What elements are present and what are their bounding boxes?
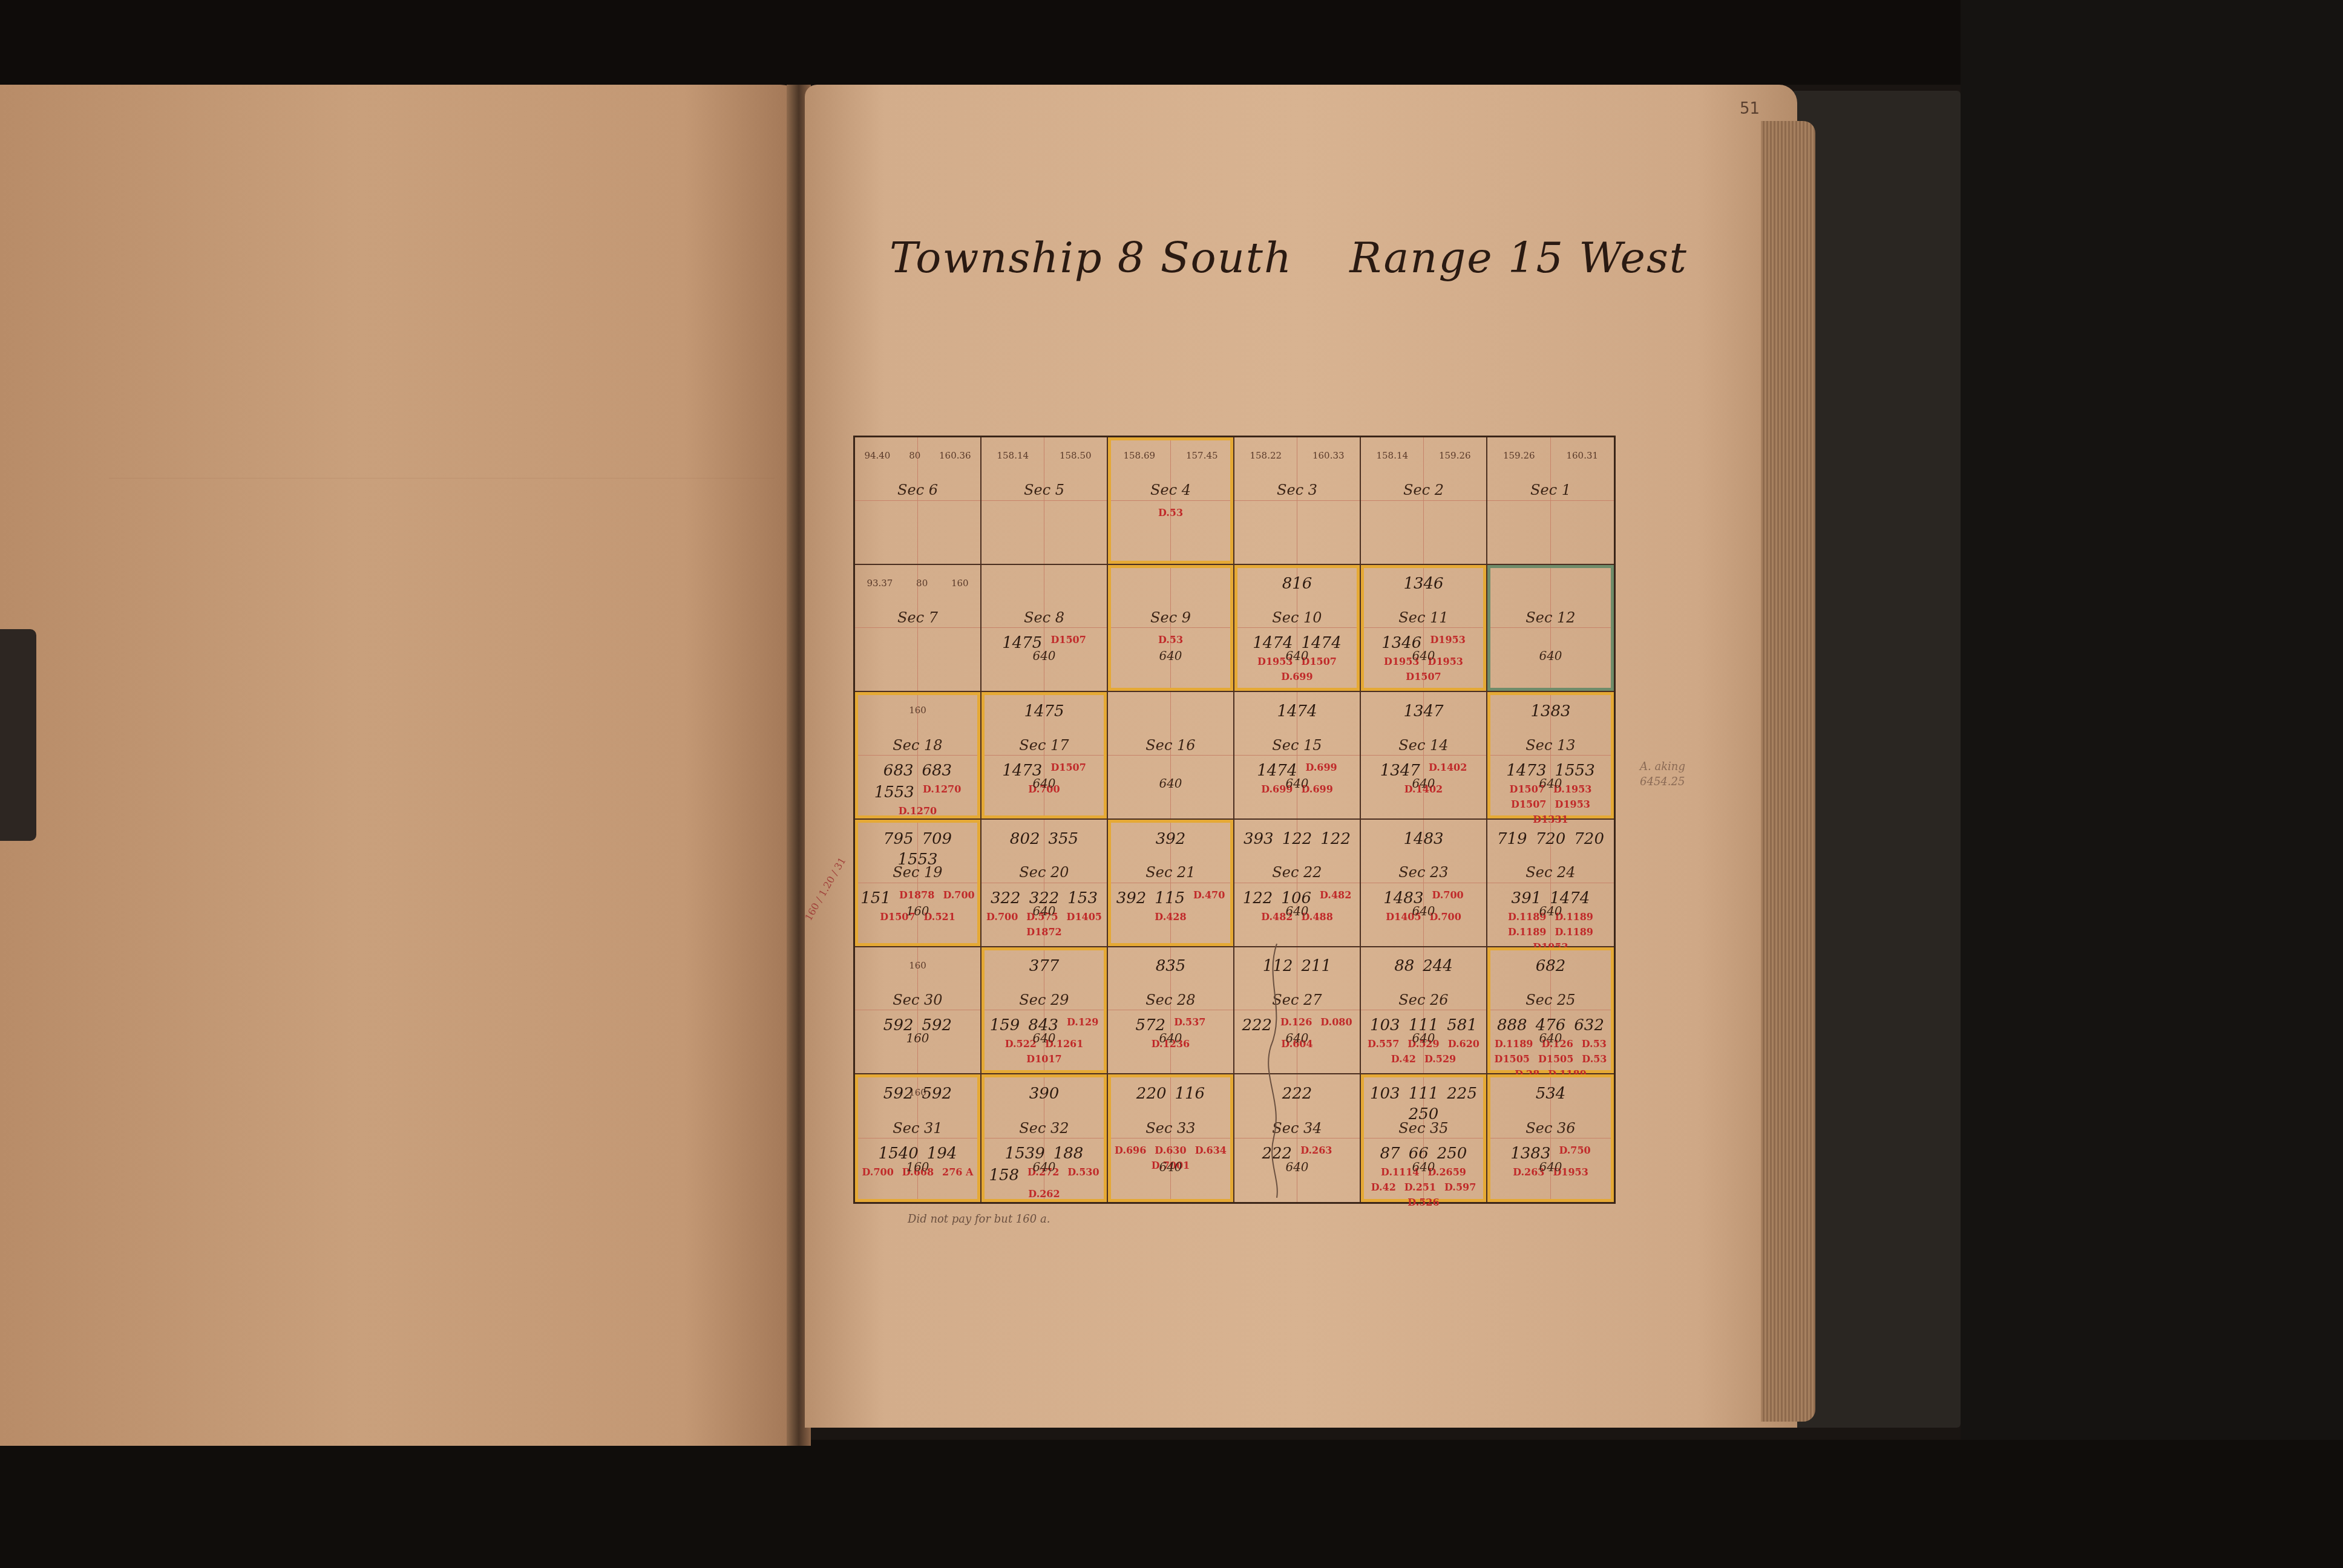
section-acreage: 160 — [855, 1160, 980, 1174]
entry-number: 816 — [1282, 575, 1312, 593]
entry-number: 709 — [922, 830, 952, 848]
entry-number: 225 — [1447, 1085, 1477, 1103]
entry-number: 1474 — [1277, 702, 1317, 720]
entries-top: 682 — [1492, 957, 1609, 975]
section-16: Sec 16640 — [1108, 692, 1234, 820]
left-page — [0, 85, 805, 1446]
entries-top: 835 — [1113, 957, 1228, 975]
section-10: 816Sec 1014741474D1953D1507D.699640 — [1234, 565, 1361, 693]
section-label: Sec 25 — [1525, 991, 1575, 1008]
entry-number: 1553 — [874, 783, 914, 802]
deed-reference: D1505 — [1538, 1053, 1573, 1065]
deed-reference: D.428 — [1155, 911, 1186, 923]
backdrop-bottom — [0, 1440, 2343, 1568]
title-range: Range 15 West — [1349, 233, 1688, 283]
acreage-value: 93.37 — [867, 578, 893, 589]
acreage-value: 158.22 — [1250, 450, 1282, 461]
section-acreage: 160 — [855, 904, 980, 918]
section-label: Sec 6 — [897, 482, 938, 499]
section-acreage: 640 — [1234, 1031, 1360, 1045]
section-label: Sec 36 — [1525, 1120, 1575, 1137]
section-label: Sec 10 — [1272, 609, 1322, 626]
section-21: 392Sec 21392115D.470D.428 — [1108, 820, 1234, 947]
section-acreage: 640 — [981, 648, 1107, 663]
section-label: Sec 7 — [897, 609, 938, 626]
section-11: 1346Sec 111346D1953D1953D1953D1507640 — [1361, 565, 1487, 693]
deed-reference: D.53 — [1582, 1053, 1607, 1065]
deed-reference: D1507 — [1511, 799, 1546, 810]
deed-reference: D.1270 — [899, 805, 937, 817]
section-acreage: 640 — [1361, 648, 1486, 663]
entries: 3911474D.1189D.1189D.1189D.1189D1953 — [1492, 889, 1609, 953]
acreage-value: 80 — [916, 578, 928, 589]
entries-top: 7957091553 — [860, 830, 975, 869]
section-22: 393122122Sec 22122106D.482D.482D.488640 — [1234, 820, 1361, 947]
entries-top: 1483 — [1366, 830, 1481, 848]
section-acreage: 640 — [1234, 1160, 1360, 1174]
section-acreage: 640 — [1234, 904, 1360, 918]
entries: D.53 — [1113, 507, 1228, 518]
section-12: Sec 12640 — [1487, 565, 1614, 693]
margin-note-right: A. aking 6454.25 — [1640, 759, 1685, 789]
entry-number: 719 — [1497, 830, 1527, 848]
deed-reference: D1872 — [1026, 926, 1061, 938]
page-title: Township 8 South Range 15 West — [890, 233, 1730, 283]
entry-number: 1383 — [1530, 702, 1570, 720]
acreage-value: 158.14 — [997, 450, 1029, 461]
entry-number: 88 — [1394, 957, 1414, 975]
section-label: Sec 13 — [1525, 737, 1575, 754]
section-35: 103111225250Sec 358766250D.1114D.2659D.4… — [1361, 1074, 1487, 1202]
river-line — [1259, 944, 1295, 1198]
section-label: Sec 18 — [893, 737, 942, 754]
entries-top: 220116 — [1113, 1085, 1228, 1103]
section-25: 682Sec 25888476632D.1189D.126D.53D1505D1… — [1487, 947, 1614, 1075]
section-acreage: 640 — [1361, 904, 1486, 918]
section-acreage: 640 — [1108, 776, 1233, 791]
section-acreage: 640 — [1234, 776, 1360, 791]
section-19: 7957091553Sec 19151D1878D.700D1507D.5211… — [855, 820, 981, 947]
entry-number: 390 — [1029, 1085, 1060, 1103]
section-label: Sec 35 — [1398, 1120, 1448, 1137]
section-acreage: 640 — [1487, 1031, 1614, 1045]
deed-reference: D.470 — [1193, 889, 1225, 907]
section-acreage: 640 — [1108, 1160, 1233, 1174]
section-14: 1347Sec 141347D.1402D.1402640 — [1361, 692, 1487, 820]
acreage-row: 158.14158.50 — [981, 450, 1107, 461]
entries-top: 592592 — [860, 1085, 975, 1103]
section-24: 719720720Sec 243911474D.1189D.1189D.1189… — [1487, 820, 1614, 947]
section-label: Sec 4 — [1150, 482, 1191, 499]
section-label: Sec 31 — [893, 1120, 942, 1137]
entry-number: 720 — [1574, 830, 1604, 848]
section-acreage: 640 — [981, 776, 1107, 791]
section-label: Sec 15 — [1272, 737, 1322, 754]
section-label: Sec 30 — [893, 991, 942, 1008]
deed-reference: D.53 — [1158, 634, 1183, 645]
entries-top: 1347 — [1366, 702, 1481, 720]
section-label: Sec 23 — [1398, 864, 1448, 881]
entry-number: 802 — [1010, 830, 1040, 848]
entries-top: 112211 — [1239, 957, 1355, 975]
acreage-row: 160 — [855, 960, 980, 971]
entry-number: 393 — [1244, 830, 1274, 848]
section-label: Sec 20 — [1019, 864, 1069, 881]
section-7: 93.3780160Sec 7 — [855, 565, 981, 693]
section-5: 158.14158.50Sec 5 — [981, 437, 1108, 565]
entry-number: 103 — [1370, 1085, 1400, 1103]
entries-top: 816 — [1239, 575, 1355, 593]
acreage-value: 160.36 — [939, 450, 971, 461]
section-acreage: 640 — [1361, 1160, 1486, 1174]
section-label: Sec 14 — [1398, 737, 1448, 754]
acreage-value: 160 — [951, 578, 969, 589]
section-18: 160Sec 186836831553D.1270D.1270 — [855, 692, 981, 820]
section-acreage: 640 — [1487, 904, 1614, 918]
entries: 888476632D.1189D.126D.53D1505D1505D.53D.… — [1492, 1016, 1609, 1080]
section-acreage: 640 — [1487, 1160, 1614, 1174]
section-acreage: 640 — [981, 1160, 1107, 1174]
deed-reference: D.262 — [1028, 1188, 1060, 1200]
section-acreage: 640 — [981, 1031, 1107, 1045]
entry-number: 111 — [1409, 1085, 1439, 1103]
margin-note-right-line1: A. aking — [1640, 759, 1685, 774]
deed-reference: D1507 — [1406, 671, 1441, 682]
section-label: Sec 3 — [1277, 482, 1317, 499]
entry-number: 1347 — [1403, 702, 1443, 720]
page-clip — [0, 629, 36, 841]
section-3: 158.22160.33Sec 3 — [1234, 437, 1361, 565]
entries: 14731553D1507D.1953D1507D1953D1331 — [1492, 762, 1609, 825]
township-grid: 94.4080160.36Sec 6158.14158.50Sec 5158.6… — [853, 436, 1616, 1204]
acreage-value: 159.26 — [1439, 450, 1471, 461]
margin-note-right-line2: 6454.25 — [1640, 774, 1685, 789]
entry-number: 534 — [1536, 1085, 1566, 1103]
entry-number: 355 — [1049, 830, 1079, 848]
acreage-row: 94.4080160.36 — [855, 450, 980, 461]
section-13: 1383Sec 1314731553D1507D.1953D1507D1953D… — [1487, 692, 1614, 820]
entry-number: 392 — [1116, 889, 1147, 907]
entries-top: 719720720 — [1492, 830, 1609, 848]
page-edges — [1761, 121, 1815, 1422]
deed-reference: D.42 — [1391, 1053, 1416, 1065]
section-acreage: 640 — [1108, 1031, 1233, 1045]
entries-top: 534 — [1492, 1085, 1609, 1103]
section-acreage: 640 — [1361, 776, 1486, 791]
section-27: 112211Sec 27222D.126D.080D.604640 — [1234, 947, 1361, 1075]
deed-reference: D.1189 — [1508, 926, 1546, 938]
section-9: Sec 9D.53640 — [1108, 565, 1234, 693]
section-label: Sec 24 — [1525, 864, 1575, 881]
acreage-value: 160.31 — [1567, 450, 1599, 461]
section-acreage: 640 — [1361, 1031, 1486, 1045]
section-20: 802355Sec 20322322153D.700D.575D1405D187… — [981, 820, 1108, 947]
section-label: Sec 19 — [893, 864, 942, 881]
section-acreage: 640 — [1108, 648, 1233, 663]
section-8: Sec 81475D1507640 — [981, 565, 1108, 693]
section-2: 158.14159.26Sec 2 — [1361, 437, 1487, 565]
section-label: Sec 2 — [1403, 482, 1444, 499]
footnote: Did not pay for but 160 a. — [908, 1213, 1050, 1226]
entry-number: 122 — [1320, 830, 1351, 848]
section-label: Sec 32 — [1019, 1120, 1069, 1137]
acreage-value: 158.50 — [1060, 450, 1092, 461]
acreage-value: 94.40 — [864, 450, 890, 461]
entries-top: 88244 — [1366, 957, 1481, 975]
section-28: 835Sec 28572D.537D.1236640 — [1108, 947, 1234, 1075]
entry-number: 683 — [883, 762, 914, 780]
book-cover — [1791, 91, 1961, 1428]
entry-number: 211 — [1302, 957, 1332, 975]
deed-reference: D.42 — [1371, 1181, 1396, 1193]
section-1: 159.26160.31Sec 1 — [1487, 437, 1614, 565]
section-label: Sec 29 — [1019, 991, 1069, 1008]
entries-top: 392 — [1113, 830, 1228, 848]
entries-top: 393122122 — [1239, 830, 1355, 848]
entries-top: 390 — [986, 1085, 1102, 1103]
section-label: Sec 12 — [1525, 609, 1575, 626]
deed-reference: D.1270 — [923, 783, 961, 802]
section-26: 88244Sec 26103111581D.557D.529D.620D.42D… — [1361, 947, 1487, 1075]
entry-number: 115 — [1155, 889, 1185, 907]
entry-number: 682 — [1536, 957, 1566, 975]
section-acreage: 640 — [1234, 648, 1360, 663]
entry-number: 720 — [1536, 830, 1566, 848]
section-label: Sec 1 — [1530, 482, 1571, 499]
section-36: 534Sec 361383D.750D.263D1953640 — [1487, 1074, 1614, 1202]
entries: 392115D.470D.428 — [1113, 889, 1228, 923]
entries-top: 377 — [986, 957, 1102, 975]
entries-top: 103111225250 — [1366, 1085, 1481, 1123]
entry-number: 592 — [883, 1085, 914, 1103]
section-31: 160592592Sec 311540194D.700D.668276 A160 — [855, 1074, 981, 1202]
page-number: 51 — [1740, 100, 1760, 118]
acreage-row: 159.26160.31 — [1487, 450, 1614, 461]
deed-reference: D.696 — [1115, 1145, 1146, 1156]
deed-reference: D.699 — [1281, 671, 1312, 682]
section-6: 94.4080160.36Sec 6 — [855, 437, 981, 565]
entries-top: 222 — [1239, 1085, 1355, 1103]
acreage-value: 158.69 — [1124, 450, 1156, 461]
entries-top: 1474 — [1239, 702, 1355, 720]
section-acreage: 640 — [1487, 648, 1614, 663]
acreage-value: 160 — [909, 705, 926, 716]
acreage-value: 157.45 — [1186, 450, 1218, 461]
entry-number: 1346 — [1403, 575, 1443, 593]
section-acreage: 640 — [981, 904, 1107, 918]
section-29: 377Sec 29159843D.129D.522D.1261D1017640 — [981, 947, 1108, 1075]
entries-top: 1346 — [1366, 575, 1481, 593]
section-23: 1483Sec 231483D.700D1405D.700640 — [1361, 820, 1487, 947]
section-label: Sec 33 — [1145, 1120, 1195, 1137]
section-label: Sec 22 — [1272, 864, 1322, 881]
section-label: Sec 21 — [1145, 864, 1195, 881]
section-32: 390Sec 321539188158D.272D.530D.262640 — [981, 1074, 1108, 1202]
section-17: 1475Sec 171473D1507D.700640 — [981, 692, 1108, 820]
entries-top: 1383 — [1492, 702, 1609, 720]
deed-reference: D.630 — [1155, 1145, 1186, 1156]
section-label: Sec 26 — [1398, 991, 1448, 1008]
entry-number: 835 — [1156, 957, 1186, 975]
acreage-value: 160.33 — [1312, 450, 1345, 461]
entry-number: 244 — [1423, 957, 1453, 975]
deed-reference: D1017 — [1026, 1053, 1061, 1065]
entries-top: 802355 — [986, 830, 1102, 848]
deed-reference: D.1189 — [1555, 926, 1593, 938]
entries: 8766250D.1114D.2659D.42D.251D.597D.526 — [1366, 1145, 1481, 1208]
deed-reference: D1505 — [1495, 1053, 1530, 1065]
section-30: 160Sec 30592592160 — [855, 947, 981, 1075]
entry-number: 116 — [1175, 1085, 1205, 1103]
entries: D.53 — [1113, 634, 1228, 645]
entry-number: 592 — [922, 1085, 952, 1103]
acreage-row: 158.69157.45 — [1108, 450, 1233, 461]
entry-number: 122 — [1282, 830, 1312, 848]
deed-reference: D.53 — [1158, 507, 1183, 518]
section-15: 1474Sec 151474D.699D.699D.699640 — [1234, 692, 1361, 820]
title-township: Township 8 South — [890, 233, 1293, 283]
faint-rule — [109, 478, 775, 479]
section-label: Sec 16 — [1145, 737, 1195, 754]
deed-reference: D.529 — [1424, 1053, 1456, 1065]
section-label: Sec 28 — [1145, 991, 1195, 1008]
entry-number: 795 — [883, 830, 914, 848]
section-label: Sec 9 — [1150, 609, 1191, 626]
acreage-row: 158.22160.33 — [1234, 450, 1360, 461]
acreage-value: 159.26 — [1503, 450, 1535, 461]
entry-number: 377 — [1029, 957, 1060, 975]
acreage-row: 158.14159.26 — [1361, 450, 1486, 461]
section-acreage: 160 — [855, 1031, 980, 1045]
acreage-value: 160 — [909, 960, 926, 971]
section-33: 220116Sec 33D.696D.630D.634D.7001640 — [1108, 1074, 1234, 1202]
entries: 6836831553D.1270D.1270 — [860, 762, 975, 817]
backdrop-right — [1961, 0, 2343, 1568]
acreage-row: 160 — [855, 705, 980, 716]
section-acreage: 640 — [1487, 776, 1614, 791]
section-label: Sec 5 — [1024, 482, 1064, 499]
entries-top: 1475 — [986, 702, 1102, 720]
entry-number: 392 — [1156, 830, 1186, 848]
section-label: Sec 11 — [1398, 609, 1448, 626]
section-label: Sec 17 — [1019, 737, 1069, 754]
deed-reference: D.634 — [1195, 1145, 1227, 1156]
entry-number: 1483 — [1403, 830, 1443, 848]
section-4: 158.69157.45Sec 4D.53 — [1108, 437, 1234, 565]
deed-reference: D.251 — [1404, 1181, 1436, 1193]
acreage-value: 80 — [909, 450, 920, 461]
entry-number: 1475 — [1024, 702, 1064, 720]
deed-reference: D1953 — [1555, 799, 1590, 810]
deed-reference: D.597 — [1444, 1181, 1476, 1193]
section-label: Sec 8 — [1024, 609, 1064, 626]
acreage-row: 93.3780160 — [855, 578, 980, 589]
section-34: 222Sec 34222D.263640 — [1234, 1074, 1361, 1202]
entry-number: 220 — [1136, 1085, 1167, 1103]
acreage-value: 158.14 — [1377, 450, 1409, 461]
deed-reference: D.526 — [1407, 1197, 1439, 1208]
entry-number: 683 — [922, 762, 952, 780]
